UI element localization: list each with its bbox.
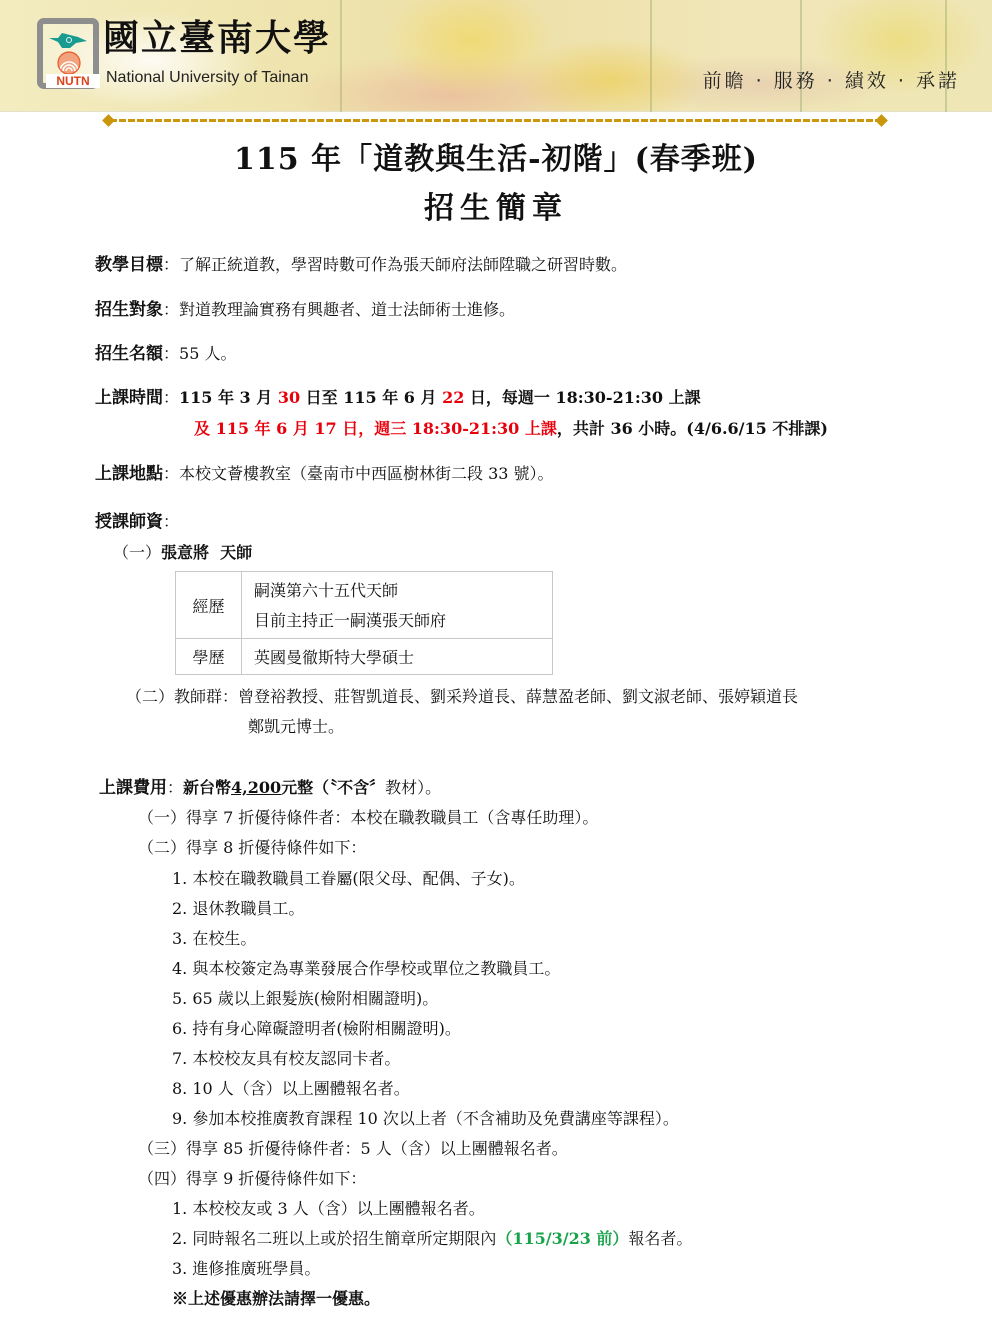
list-item: 6. 持有身心障礙證明者(檢附相關證明)。 [172,1018,461,1040]
list-item: 3. 在校生。 [172,928,256,950]
list-item: 4. 與本校簽定為專業發展合作學校或單位之教職員工。 [172,958,560,980]
university-motto: 前瞻 · 服務 · 績效 · 承諾 [703,68,960,94]
fee-amount: 4,200 [231,778,281,797]
fee-text: 元整（ [281,778,329,797]
location-label: 上課地點 [95,464,163,484]
list-item: 9. 參加本校推廣教育課程 10 次以上者（不含補助及免費講座等課程）。 [172,1108,679,1130]
colon: ： [163,255,179,274]
section-target: 招生對象：對道教理論實務有興趣者、道士法師術士進修。 [95,299,515,321]
discount-20-title: （二）得享 8 折優待條件如下： [138,837,366,859]
schedule-total: ，共計 36 小時。(4/6.6/15 不排課) [557,419,828,438]
page-subtitle: 招生簡章 [0,189,992,229]
schedule-text: 日，每週一 18:30-21:30 上課 [464,388,700,407]
teacher-profile-table: 經歷 嗣漢第六十五代天師 目前主持正一嗣漢張天師府 學歷 英國曼徹斯特大學碩士 [175,571,553,675]
table-row: 經歷 嗣漢第六十五代天師 目前主持正一嗣漢張天師府 [176,572,553,639]
list-item: 2. 同時報名二班以上或於招生簡章所定期限內（115/3/23 前）報名者。 [172,1228,692,1250]
logo-badge-text: NUTN [46,74,100,88]
section-fee: 上課費用：新台幣4,200元整（〝不含〞教材）。 [99,777,441,799]
schedule-text: 115 年 3 月 [179,388,278,407]
section-location: 上課地點：本校文薈樓教室（臺南市中西區樹林街二段 33 號）。 [95,463,554,485]
schedule-line2: 及 115 年 6 月 17 日，週三 18:30-21:30 上課，共計 36… [194,418,828,440]
teacher-name: 張意將 天師 [161,543,252,562]
bird-emblem-icon [48,32,88,50]
page-title: 115 年「道教與生活-初階」(春季班) [0,140,992,180]
teachers-label: 授課師資 [95,512,163,532]
fee-exclusion: 〝不含〞 [329,778,385,797]
section-goal: 教學目標：了解正統道教，學習時數可作為張天師府法師陞職之研習時數。 [95,254,627,276]
list-item: 2. 退休教職員工。 [172,898,304,920]
education-label: 學歷 [176,639,242,675]
list-item: 1. 本校校友或 3 人（含）以上團體報名者。 [172,1198,485,1220]
list-item: 3. 進修推廣班學員。 [172,1258,320,1280]
faculty-list-continued: 鄭凱元博士。 [248,716,344,738]
goal-text: 了解正統道教，學習時數可作為張天師府法師陞職之研習時數。 [179,255,627,274]
teacher-item-2: （二）教師群：曾登裕教授、莊智凱道長、劉采羚道長、薛慧盈老師、劉文淑老師、張婷穎… [126,686,798,708]
fee-text: 教材）。 [385,778,441,797]
divider-line [110,119,880,122]
schedule-label: 上課時間 [95,388,163,408]
discount-30: （一）得享 7 折優待條件者：本校在職教職員工（含專任助理）。 [138,807,598,829]
fee-label: 上課費用 [99,778,167,798]
education-cell: 英國曼徹斯特大學碩士 [242,639,553,675]
colon: ： [163,512,179,531]
goal-label: 教學目標 [95,255,163,275]
list-item-text: 2. 同時報名二班以上或於招生簡章所定期限內 [172,1229,496,1248]
colon: ： [163,300,179,319]
quota-text: 55 人。 [179,344,236,363]
experience-item: 目前主持正一嗣漢張天師府 [254,606,540,636]
item-prefix: （二） [126,687,174,706]
section-teachers: 授課師資： [95,511,179,533]
header-banner: NUTN 國立臺南大學 National University of Taina… [0,0,992,112]
colon: ： [167,778,183,797]
colon: ： [163,344,179,363]
list-item: 7. 本校校友具有校友認同卡者。 [172,1048,400,1070]
faculty-list: 曾登裕教授、莊智凱道長、劉采羚道長、薛慧盈老師、劉文淑老師、張婷穎道長 [238,687,798,706]
faculty-label: 教師群： [174,687,238,706]
discount-15: （三）得享 85 折優待條件者：5 人（含）以上團體報名者。 [138,1138,568,1160]
banner-decoration [800,0,802,112]
early-deadline: （115/3/23 前） [496,1229,628,1248]
diamond-right-icon [875,114,888,127]
discount-10-title: （四）得享 9 折優待條件如下： [138,1168,366,1190]
fee-text: 新台幣 [183,778,231,797]
extra-session: 及 115 年 6 月 17 日，週三 18:30-21:30 上課 [194,419,557,438]
university-name-cn: 國立臺南大學 [103,16,331,60]
schedule-text: 日至 115 年 6 月 [300,388,442,407]
experience-label: 經歷 [176,572,242,639]
diamond-left-icon [102,114,115,127]
list-item: 5. 65 歲以上銀髮族(檢附相關證明)。 [172,988,438,1010]
discount-note: ※上述優惠辦法請擇一優惠。 [172,1288,380,1310]
start-day: 30 [278,388,300,407]
colon: ： [163,464,179,483]
university-name-en: National University of Tainan [106,68,308,88]
banner-decoration [340,0,342,112]
experience-cell: 嗣漢第六十五代天師 目前主持正一嗣漢張天師府 [242,572,553,639]
university-logo[interactable]: NUTN [37,18,99,89]
teacher-item-1: （一）張意將 天師 [113,542,252,564]
list-item: 1. 本校在職教職員工眷屬(限父母、配偶、子女)。 [172,868,525,890]
banner-decoration [945,0,947,112]
target-label: 招生對象 [95,300,163,320]
section-schedule: 上課時間：115 年 3 月 30 日至 115 年 6 月 22 日，每週一 … [95,387,701,409]
list-item-text: 報名者。 [628,1229,692,1248]
item-prefix: （一） [113,543,161,562]
list-item: 8. 10 人（含）以上團體報名者。 [172,1078,410,1100]
end-day: 22 [442,388,464,407]
decorative-divider [104,114,886,126]
table-row: 學歷 英國曼徹斯特大學碩士 [176,639,553,675]
colon: ： [163,388,179,407]
quota-label: 招生名額 [95,344,163,364]
sun-emblem-icon [57,51,81,75]
section-quota: 招生名額：55 人。 [95,343,236,365]
banner-decoration [650,0,652,112]
target-text: 對道教理論實務有興趣者、道士法師術士進修。 [179,300,515,319]
experience-item: 嗣漢第六十五代天師 [254,576,540,606]
location-text: 本校文薈樓教室（臺南市中西區樹林街二段 33 號）。 [179,464,554,483]
